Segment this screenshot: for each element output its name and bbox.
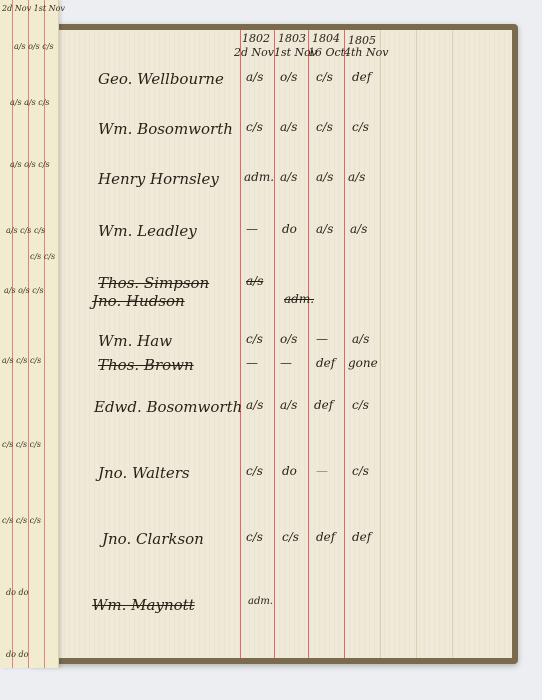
ledger-row: Jno. Hudson adm. — [34, 292, 512, 314]
row-name: Wm. Leadley — [98, 222, 197, 240]
row-name: Geo. Wellbourne — [98, 70, 224, 88]
facing-entry: a/s o/s c/s — [10, 160, 50, 169]
column-date: 4th Nov — [344, 46, 388, 59]
ledger-row: Edwd. Bosomworth a/s a/s def c/s — [34, 398, 512, 420]
row-name: Wm. Haw — [98, 332, 172, 350]
ledger-page: 1802 1803 1804 1805 2d Nov 1st Nov 16 Oc… — [34, 30, 512, 658]
row-value: do — [282, 464, 297, 478]
ledger-row: Jno. Walters c/s do — c/s — [34, 464, 512, 486]
facing-entry: a/s a/s c/s — [10, 98, 50, 107]
facing-entry: do do — [6, 588, 28, 597]
row-value: c/s — [316, 120, 333, 134]
row-value: a/s — [316, 170, 333, 184]
column-date: 2d Nov — [234, 46, 274, 59]
row-value: a/s — [352, 332, 369, 346]
ledger-row: Thos. Brown — — def gone — [34, 356, 512, 378]
facing-entry: a/s c/s c/s — [6, 226, 45, 235]
row-name: Wm. Maynott — [92, 596, 195, 614]
facing-entry: c/s c/s c/s — [2, 516, 41, 525]
ledger-row: Henry Hornsley adm. a/s a/s a/s — [34, 170, 512, 192]
row-value: c/s — [246, 332, 263, 346]
row-value: def — [316, 530, 335, 544]
facing-entry: a/s o/s c/s — [4, 286, 44, 295]
row-value: c/s — [352, 464, 369, 478]
row-value: def — [352, 70, 371, 84]
row-value: o/s — [280, 332, 297, 346]
row-value: a/s — [350, 222, 367, 236]
row-value: def — [316, 356, 335, 370]
facing-header: 2d Nov 1st Nov — [2, 4, 65, 13]
row-value: o/s — [280, 70, 297, 84]
row-value: a/s — [316, 222, 333, 236]
column-year: 1803 — [278, 32, 306, 45]
facing-page-edge: 2d Nov 1st Nov a/s o/s c/s a/s a/s c/s a… — [0, 0, 59, 668]
row-name: Edwd. Bosomworth — [94, 398, 242, 416]
row-value: — — [316, 464, 328, 478]
row-name: Thos. Simpson — [98, 274, 209, 292]
facing-entry: do do — [6, 650, 28, 659]
row-value: a/s — [246, 274, 263, 288]
row-value: — — [246, 222, 258, 236]
facing-entry: c/s c/s c/s — [2, 440, 41, 449]
row-name: Henry Hornsley — [98, 170, 219, 188]
row-value: c/s — [246, 120, 263, 134]
row-value: c/s — [352, 120, 369, 134]
row-value: do — [282, 222, 297, 236]
ledger-row: Wm. Leadley — do a/s a/s — [34, 222, 512, 244]
row-value: a/s — [246, 70, 263, 84]
ledger-row: Geo. Wellbourne a/s o/s c/s def — [34, 70, 512, 92]
facing-entry: c/s c/s — [30, 252, 55, 261]
row-value: c/s — [246, 464, 263, 478]
ledger-row: Wm. Bosomworth c/s a/s c/s c/s — [34, 120, 512, 142]
column-date: 16 Oct — [308, 46, 345, 59]
ledger-row: Wm. Maynott adm. — [34, 596, 512, 618]
facing-entry: a/s c/s c/s — [2, 356, 41, 365]
row-name: Jno. Walters — [98, 464, 190, 482]
row-name: Jno. Clarkson — [102, 530, 204, 548]
row-value: — — [280, 356, 292, 370]
row-value: adm. — [248, 596, 273, 607]
ledger-row: Jno. Clarkson c/s c/s def def — [34, 530, 512, 552]
row-value: gone — [348, 356, 378, 370]
row-value: a/s — [280, 170, 297, 184]
row-value: c/s — [246, 530, 263, 544]
row-value: a/s — [348, 170, 365, 184]
row-value: c/s — [282, 530, 299, 544]
row-value: def — [314, 398, 333, 412]
ledger-row: Wm. Haw c/s o/s — a/s — [34, 332, 512, 354]
row-value: a/s — [280, 120, 297, 134]
row-name: Thos. Brown — [98, 356, 194, 374]
row-value: c/s — [352, 398, 369, 412]
row-value: adm. — [244, 170, 274, 184]
row-value: c/s — [316, 70, 333, 84]
row-value: a/s — [246, 398, 263, 412]
column-year: 1802 — [242, 32, 270, 45]
row-value: a/s — [280, 398, 297, 412]
row-value: — — [246, 356, 258, 370]
row-value: def — [352, 530, 371, 544]
column-year: 1804 — [312, 32, 340, 45]
row-value: adm. — [284, 292, 314, 306]
row-name: Wm. Bosomworth — [98, 120, 233, 138]
row-value: — — [316, 332, 328, 346]
facing-entry: a/s o/s c/s — [14, 42, 54, 51]
row-name: Jno. Hudson — [92, 292, 185, 310]
